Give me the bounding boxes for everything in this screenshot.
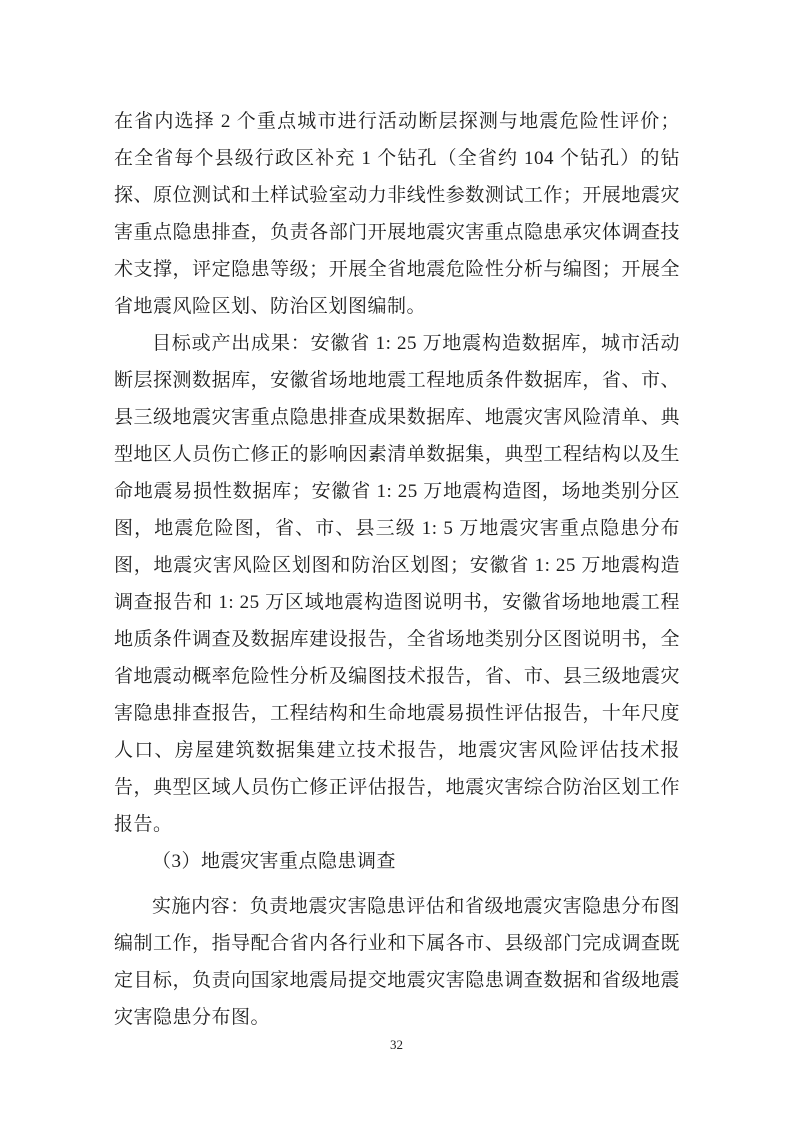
paragraph-goals-outputs: 目标或产出成果：安徽省 1: 25 万地震构造数据库，城市活动断层探测数据库，安… (114, 325, 680, 843)
body-text-block: 在省内选择 2 个重点城市进行活动断层探测与地震危险性评价；在全省每个县级行政区… (114, 103, 680, 1036)
page-number: 32 (0, 1036, 793, 1054)
section-heading-3: （3）地震灾害重点隐患调查 (114, 843, 680, 880)
paragraph-implementation: 实施内容：负责地震灾害隐患评估和省级地震灾害隐患分布图编制工作，指导配合省内各行… (114, 888, 680, 1036)
paragraph-continuation: 在省内选择 2 个重点城市进行活动断层探测与地震危险性评价；在全省每个县级行政区… (114, 103, 680, 325)
document-page: 在省内选择 2 个重点城市进行活动断层探测与地震危险性评价；在全省每个县级行政区… (0, 0, 793, 1122)
